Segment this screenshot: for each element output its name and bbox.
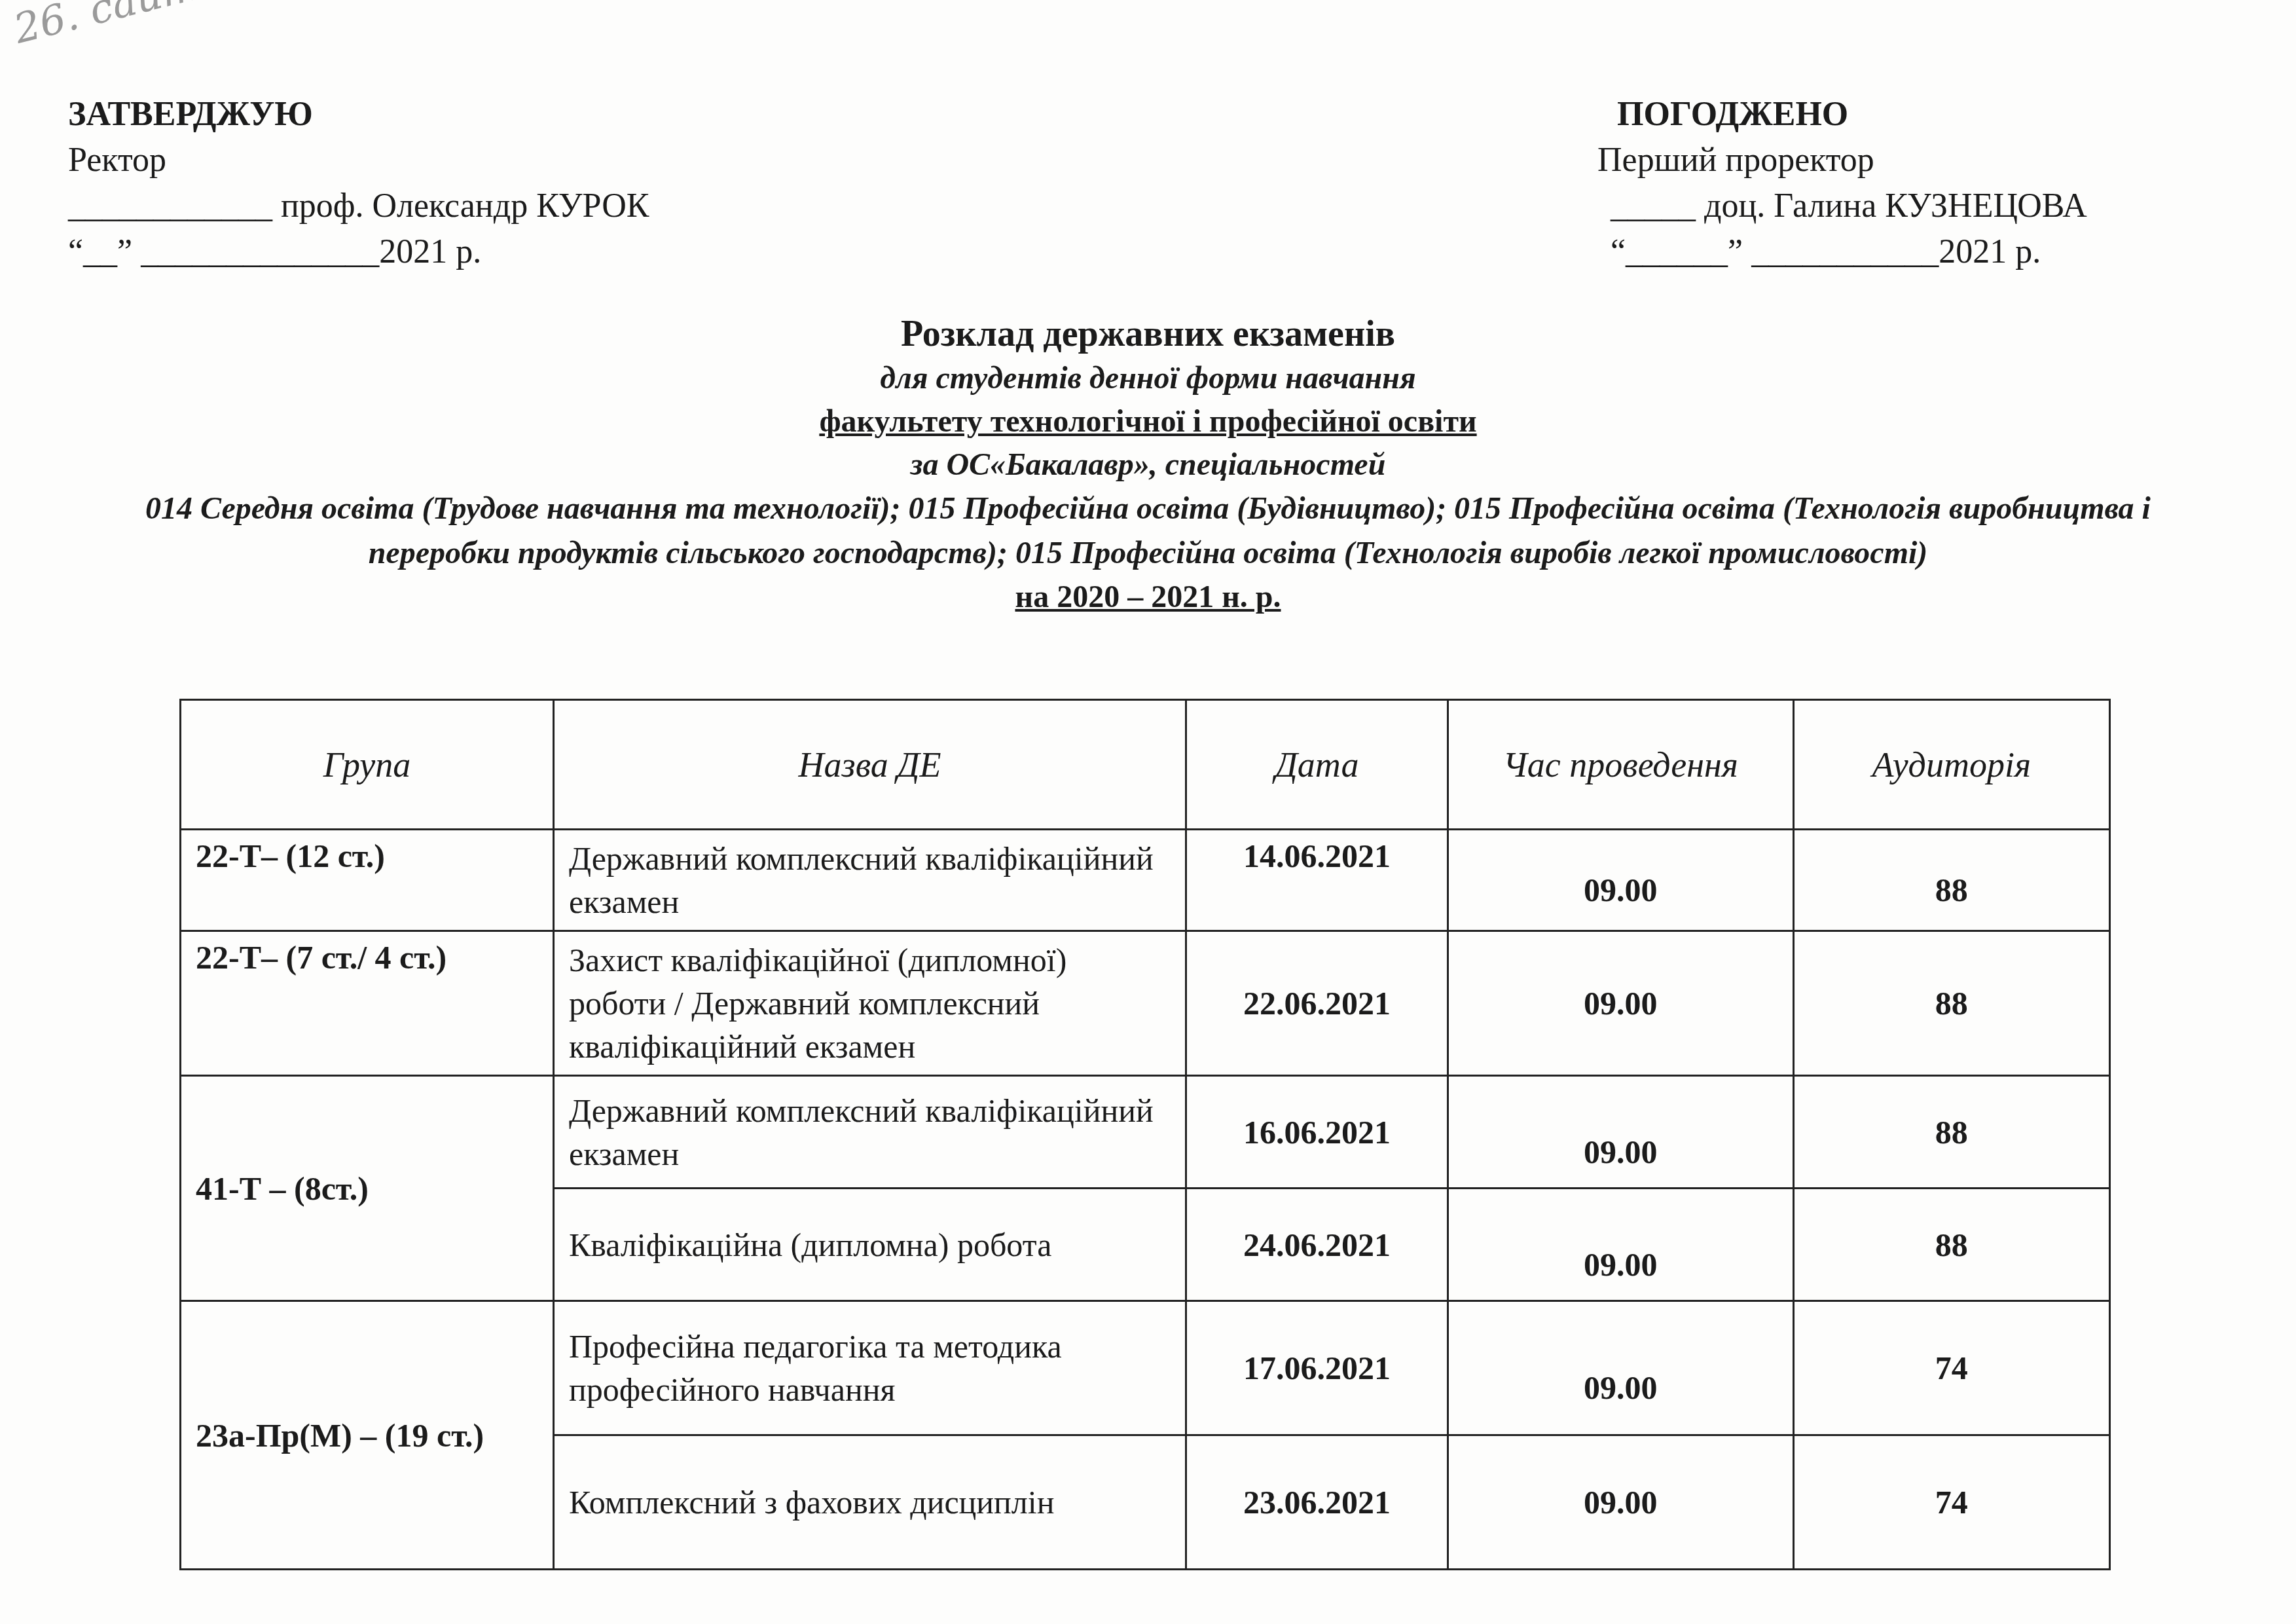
cell-room: 88	[1793, 830, 2109, 931]
handwritten-note: 26. сайт	[9, 0, 204, 53]
cell-group: 22-Т– (12 ст.)	[181, 830, 554, 931]
cell-date: 23.06.2021	[1186, 1435, 1448, 1570]
cell-exam-name: Державний комплексний кваліфікаційний ек…	[553, 1076, 1186, 1189]
cell-room: 88	[1793, 931, 2109, 1076]
cell-date: 24.06.2021	[1186, 1189, 1448, 1301]
cell-exam-name: Комплексний з фахових дисциплін	[553, 1435, 1186, 1570]
cell-exam-name: Державний комплексний кваліфікаційний ек…	[553, 830, 1186, 931]
agreed-position: Перший проректор	[1597, 138, 2087, 183]
cell-group: 41-Т – (8ст.)	[181, 1076, 554, 1301]
approve-signature: ____________ проф. Олександр КУРОК	[68, 183, 649, 229]
header-group: Група	[181, 700, 554, 830]
approve-date: “__” ______________2021 р.	[68, 229, 649, 275]
cell-date: 14.06.2021	[1186, 830, 1448, 931]
table-row: 22-Т– (12 ст.) Державний комплексний ква…	[181, 830, 2110, 931]
approve-heading: ЗАТВЕРДЖУЮ	[68, 92, 649, 138]
cell-exam-name: Кваліфікаційна (дипломна) робота	[553, 1189, 1186, 1301]
cell-group: 23а-Пр(М) – (19 ст.)	[181, 1301, 554, 1570]
cell-exam-name: Захист кваліфікаційної (дипломної) робот…	[553, 931, 1186, 1076]
header-room: Аудиторія	[1793, 700, 2109, 830]
agreement-block: ПОГОДЖЕНО Перший проректор _____ доц. Га…	[1597, 92, 2087, 275]
degree-line: за ОС«Бакалавр», спеціальностей	[0, 443, 2296, 487]
cell-room: 88	[1793, 1076, 2109, 1189]
header-date: Дата	[1186, 700, 1448, 830]
cell-time: 09.00	[1448, 830, 1793, 931]
cell-room: 74	[1793, 1301, 2109, 1435]
cell-date: 22.06.2021	[1186, 931, 1448, 1076]
table-header-row: Група Назва ДЕ Дата Час проведення Аудит…	[181, 700, 2110, 830]
academic-year: на 2020 – 2021 н. р.	[0, 576, 2296, 619]
faculty-name: факультету технологічної і професійної о…	[0, 400, 2296, 443]
header-time: Час проведення	[1448, 700, 1793, 830]
cell-room: 74	[1793, 1435, 2109, 1570]
approve-position: Ректор	[68, 138, 649, 183]
header-exam-name: Назва ДЕ	[553, 700, 1186, 830]
table-row: 41-Т – (8ст.) Державний комплексний квал…	[181, 1076, 2110, 1189]
cell-time: 09.00	[1448, 1076, 1793, 1189]
table-row: 22-Т– (7 ст./ 4 ст.) Захист кваліфікацій…	[181, 931, 2110, 1076]
cell-group: 22-Т– (7 ст./ 4 ст.)	[181, 931, 554, 1076]
cell-date: 16.06.2021	[1186, 1076, 1448, 1189]
cell-exam-name: Професійна педагогіка та методика профес…	[553, 1301, 1186, 1435]
agreed-signature: _____ доц. Галина КУЗНЕЦОВА	[1611, 183, 2087, 229]
study-form: для студентів денної форми навчання	[0, 357, 2296, 400]
approval-block: ЗАТВЕРДЖУЮ Ректор ____________ проф. Оле…	[68, 92, 649, 275]
agreed-heading: ПОГОДЖЕНО	[1617, 92, 2087, 138]
cell-room: 88	[1793, 1189, 2109, 1301]
cell-time: 09.00	[1448, 931, 1793, 1076]
document-title: Розклад державних екзаменів	[0, 311, 2296, 357]
cell-time: 09.00	[1448, 1435, 1793, 1570]
specialties-list: 014 Середня освіта (Трудове навчання та …	[0, 487, 2296, 576]
agreed-date: “______” ___________2021 р.	[1611, 229, 2087, 275]
cell-time: 09.00	[1448, 1301, 1793, 1435]
cell-time: 09.00	[1448, 1189, 1793, 1301]
cell-date: 17.06.2021	[1186, 1301, 1448, 1435]
document-title-block: Розклад державних екзаменів для студенті…	[0, 311, 2296, 619]
table-row: 23а-Пр(М) – (19 ст.) Професійна педагогі…	[181, 1301, 2110, 1435]
exam-schedule-table: Група Назва ДЕ Дата Час проведення Аудит…	[179, 699, 2111, 1570]
